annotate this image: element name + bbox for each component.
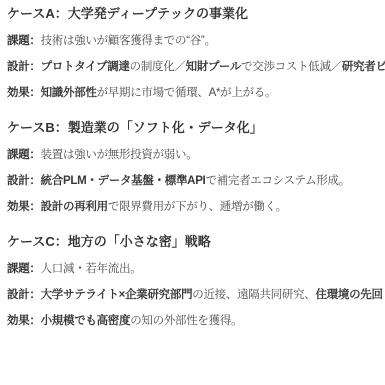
document-body: ケースA：大学発ディープテックの事業化課題：技術は強いが顧客獲得までの“谷”。設… xyxy=(0,0,385,329)
row-text-segment: の近接、遠隔共同研究、 xyxy=(192,289,315,301)
case-title: ケースC：地方の「小さな密」戦略 xyxy=(7,233,379,250)
row-text-segment: が早期に市場で循環、A*が上がる。 xyxy=(97,87,277,99)
row-text-segment: 住環境の先回り整備 xyxy=(315,289,385,301)
row-label: 設計： xyxy=(7,289,41,301)
case-section: ケースB：製造業の「ソフト化・データ化」課題：装置は強いが無形投資が弱い。設計：… xyxy=(7,119,379,215)
row-label: 効果： xyxy=(7,315,41,327)
row-label: 課題： xyxy=(7,35,41,47)
row-text-segment: 技術は強いが顧客獲得までの“谷”。 xyxy=(41,35,216,47)
case-section: ケースC：地方の「小さな密」戦略課題：人口減・若年流出。設計：大学サテライト×企… xyxy=(7,233,379,329)
row-label: 設計： xyxy=(7,61,41,73)
row-text-segment: 小規模でも高密度 xyxy=(41,315,131,327)
row-text-segment: で補完者エコシステム形成。 xyxy=(205,175,349,187)
row-text-segment: 研究者ビザ・兼業 xyxy=(342,61,385,73)
case-title: ケースA：大学発ディープテックの事業化 xyxy=(7,5,379,22)
case-row: 設計：統合PLM・データ基盤・標準APIで補完者エコシステム形成。 xyxy=(7,174,379,189)
case-title: ケースB：製造業の「ソフト化・データ化」 xyxy=(7,119,379,136)
row-text-segment: で限界費用が下がり、逓増が働く。 xyxy=(108,201,287,213)
row-text-segment: 人口減・若年流出。 xyxy=(41,263,142,275)
row-text-segment: 知財プール xyxy=(186,61,241,73)
row-label: 効果： xyxy=(7,201,41,213)
case-row: 効果：小規模でも高密度の知の外部性を獲得。 xyxy=(7,314,379,329)
case-row: 設計：プロトタイプ調達の制度化／知財プールで交渉コスト低減／研究者ビザ・兼業の弾… xyxy=(7,60,379,75)
row-text-segment: 知識外部性 xyxy=(41,87,97,99)
row-text-segment: 装置は強いが無形投資が弱い。 xyxy=(41,149,198,161)
case-row: 課題：装置は強いが無形投資が弱い。 xyxy=(7,148,379,163)
case-row: 設計：大学サテライト×企業研究部門の近接、遠隔共同研究、住環境の先回り整備。 xyxy=(7,288,379,303)
row-label: 課題： xyxy=(7,263,41,275)
row-text-segment: 設計の再利用 xyxy=(41,201,108,213)
case-row: 課題：人口減・若年流出。 xyxy=(7,262,379,277)
row-label: 課題： xyxy=(7,149,41,161)
case-row: 効果：知識外部性が早期に市場で循環、A*が上がる。 xyxy=(7,86,379,101)
row-label: 効果： xyxy=(7,87,41,99)
case-row: 効果：設計の再利用で限界費用が下がり、逓増が働く。 xyxy=(7,200,379,215)
case-section: ケースA：大学発ディープテックの事業化課題：技術は強いが顧客獲得までの“谷”。設… xyxy=(7,5,379,101)
row-label: 設計： xyxy=(7,175,41,187)
row-text-segment: プロトタイプ調達 xyxy=(41,61,130,73)
row-text-segment: の制度化／ xyxy=(130,61,186,73)
row-text-segment: 大学サテライト×企業研究部門 xyxy=(41,289,193,301)
row-text-segment: 統合PLM・データ基盤・標準API xyxy=(41,175,206,187)
row-text-segment: の知の外部性を獲得。 xyxy=(130,315,242,327)
row-text-segment: で交渉コスト低減／ xyxy=(241,61,342,73)
case-row: 課題：技術は強いが顧客獲得までの“谷”。 xyxy=(7,34,379,49)
